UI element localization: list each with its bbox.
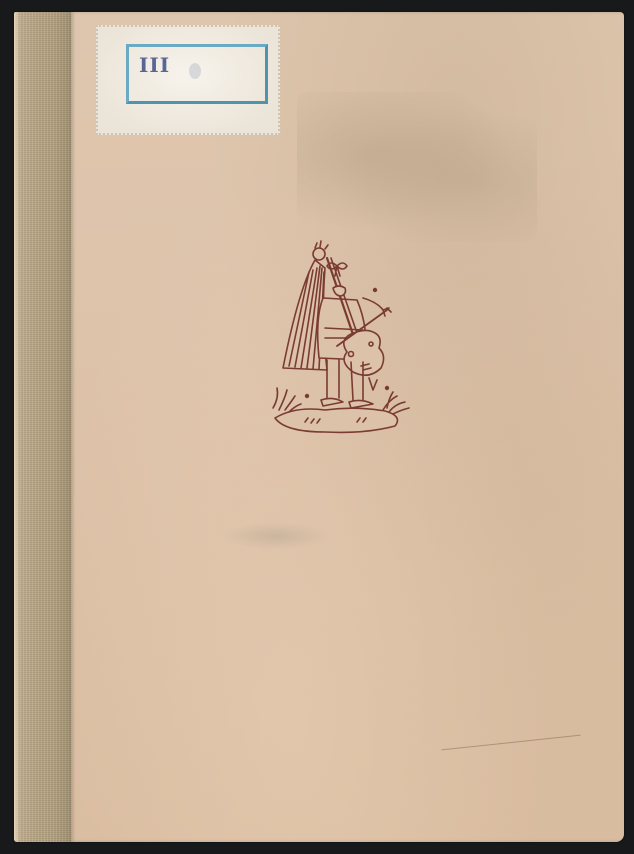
cellist-figure-icon [265,238,415,438]
library-label: III [96,25,280,135]
book-spine [14,12,71,842]
label-stamp-text: III [139,53,170,77]
label-frame: III [126,44,268,104]
spine-highlight [14,12,20,842]
cover-smudge [221,522,331,550]
cover-scratch [441,735,580,751]
front-cover: III [71,12,624,842]
book: III [14,12,624,842]
cover-stain [297,92,537,242]
label-faded-mark [189,63,201,79]
